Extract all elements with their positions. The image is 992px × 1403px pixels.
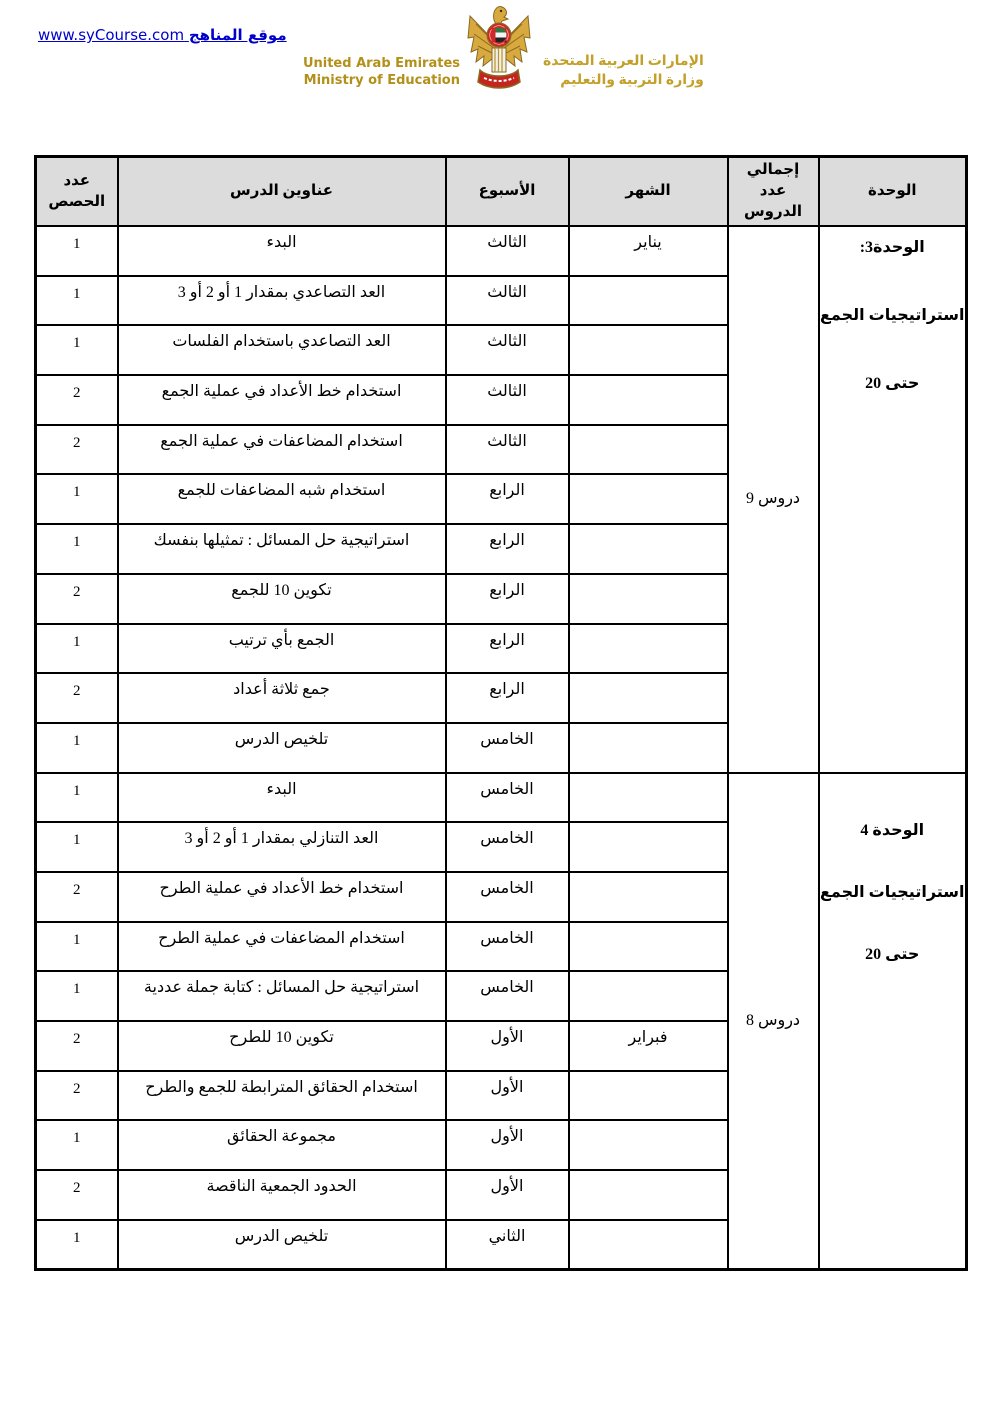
month-cell [569,1071,728,1121]
lesson-title-cell: العد التصاعدي بمقدار 1 أو 2 أو 3 [118,276,446,326]
unit-line: حتى 20 [865,373,919,395]
periods-count-cell: 2 [36,375,118,425]
periods-count-cell: 2 [36,1170,118,1220]
curriculum-plan-table: الوحدةإجمالي عدد الدروسالشهرالأسبوععناوي… [34,155,968,1271]
unit-line: الوحدة 4 [860,820,924,842]
lesson-title-cell: استخدام خط الأعداد في عملية الجمع [118,375,446,425]
week-cell: الثالث [446,325,569,375]
week-cell: الخامس [446,922,569,972]
lesson-title-cell: استخدام المضاعفات في عملية الجمع [118,425,446,475]
column-header-4: عناوين الدرس [118,157,446,227]
page: www.syCourse.com موقع المناهج [0,0,992,1403]
week-cell: الخامس [446,971,569,1021]
periods-count-cell: 1 [36,226,118,276]
week-cell: الرابع [446,524,569,574]
unit-cell: الوحدة 4استراتيجيات الجمعحتى 20 [819,773,967,1270]
month-cell [569,276,728,326]
total-lessons-cell: 9 دروس [728,226,819,773]
week-cell: الرابع [446,474,569,524]
week-cell: الخامس [446,872,569,922]
table-body: الوحدة3:استراتيجيات الجمعحتى 209 دروسينا… [36,226,967,1269]
periods-count-cell: 1 [36,624,118,674]
lesson-row: الوحدة 4استراتيجيات الجمعحتى 208 دروسالخ… [36,773,967,823]
periods-count-cell: 1 [36,922,118,972]
unit-text: الوحدة3:استراتيجيات الجمعحتى 20 [823,227,963,395]
periods-count-cell: 2 [36,872,118,922]
week-cell: الأول [446,1021,569,1071]
lesson-title-cell: العد التنازلي بمقدار 1 أو 2 أو 3 [118,822,446,872]
periods-count-cell: 2 [36,673,118,723]
site-link-url: www.syCourse.com [38,26,184,44]
lesson-title-cell: الجمع بأي ترتيب [118,624,446,674]
ministry-name-arabic: الإمارات العربية المتحدة وزارة التربية و… [543,52,704,90]
lesson-title-cell: جمع ثلاثة أعداد [118,673,446,723]
periods-count-cell: 1 [36,822,118,872]
month-cell [569,375,728,425]
week-cell: الرابع [446,673,569,723]
week-cell: الثاني [446,1220,569,1270]
periods-count-cell: 1 [36,276,118,326]
month-cell [569,425,728,475]
week-cell: الرابع [446,574,569,624]
ministry-en-line1: United Arab Emirates [303,55,460,72]
lesson-title-cell: البدء [118,226,446,276]
ministry-ar-line1: الإمارات العربية المتحدة [543,52,704,71]
month-cell [569,624,728,674]
periods-count-cell: 1 [36,524,118,574]
ministry-ar-line2: وزارة التربية والتعليم [543,71,704,90]
periods-count-cell: 1 [36,773,118,823]
week-cell: الخامس [446,773,569,823]
month-cell: فبراير [569,1021,728,1071]
month-cell [569,922,728,972]
unit-line: استراتيجيات الجمع [820,882,965,904]
week-cell: الأول [446,1071,569,1121]
periods-count-cell: 2 [36,574,118,624]
week-cell: الثالث [446,276,569,326]
site-link-label: موقع المناهج [189,26,287,44]
month-cell [569,773,728,823]
lesson-title-cell: استخدام خط الأعداد في عملية الطرح [118,872,446,922]
week-cell: الثالث [446,375,569,425]
periods-count-cell: 1 [36,1220,118,1270]
month-cell [569,673,728,723]
lesson-title-cell: استراتيجية حل المسائل : تمثيلها بنفسك [118,524,446,574]
periods-count-cell: 2 [36,1071,118,1121]
month-cell [569,524,728,574]
lesson-title-cell: تكوين 10 للطرح [118,1021,446,1071]
column-header-0: الوحدة [819,157,967,227]
month-cell [569,1120,728,1170]
lesson-title-cell: مجموعة الحقائق [118,1120,446,1170]
periods-count-cell: 1 [36,971,118,1021]
unit-line: استراتيجيات الجمع [820,305,965,327]
column-header-5: عدد الحصص [36,157,118,227]
month-cell [569,474,728,524]
lesson-title-cell: تلخيص الدرس [118,1220,446,1270]
week-cell: الثالث [446,425,569,475]
month-cell [569,1220,728,1270]
month-cell [569,872,728,922]
lesson-title-cell: الحدود الجمعية الناقصة [118,1170,446,1220]
lesson-title-cell: استخدام الحقائق المترابطة للجمع والطرح [118,1071,446,1121]
unit-line: حتى 20 [865,944,919,966]
uae-falcon-emblem-icon [466,4,532,96]
lesson-title-cell: البدء [118,773,446,823]
month-cell [569,574,728,624]
periods-count-cell: 1 [36,723,118,773]
periods-count-cell: 1 [36,474,118,524]
lesson-title-cell: استخدام المضاعفات في عملية الطرح [118,922,446,972]
unit-line: الوحدة3: [860,237,925,259]
week-cell: الخامس [446,723,569,773]
week-cell: الأول [446,1170,569,1220]
lesson-title-cell: استخدام شبه المضاعفات للجمع [118,474,446,524]
column-header-2: الشهر [569,157,728,227]
column-header-1: إجمالي عدد الدروس [728,157,819,227]
lesson-title-cell: تلخيص الدرس [118,723,446,773]
column-header-3: الأسبوع [446,157,569,227]
periods-count-cell: 2 [36,425,118,475]
site-link[interactable]: www.syCourse.com موقع المناهج [38,26,287,44]
month-cell [569,822,728,872]
month-cell [569,723,728,773]
ministry-en-line2: Ministry of Education [303,72,460,89]
week-cell: الخامس [446,822,569,872]
table-header-row: الوحدةإجمالي عدد الدروسالشهرالأسبوععناوي… [36,157,967,227]
month-cell [569,971,728,1021]
total-lessons-cell: 8 دروس [728,773,819,1270]
lesson-title-cell: العد التصاعدي باستخدام الفلسات [118,325,446,375]
periods-count-cell: 1 [36,325,118,375]
week-cell: الرابع [446,624,569,674]
lesson-row: الوحدة3:استراتيجيات الجمعحتى 209 دروسينا… [36,226,967,276]
week-cell: الأول [446,1120,569,1170]
week-cell: الثالث [446,226,569,276]
periods-count-cell: 1 [36,1120,118,1170]
month-cell: يناير [569,226,728,276]
lesson-title-cell: استراتيجية حل المسائل : كتابة جملة عددية [118,971,446,1021]
periods-count-cell: 2 [36,1021,118,1071]
unit-text: الوحدة 4استراتيجيات الجمعحتى 20 [823,774,963,966]
ministry-name-english: United Arab Emirates Ministry of Educati… [303,55,460,89]
lesson-title-cell: تكوين 10 للجمع [118,574,446,624]
month-cell [569,1170,728,1220]
unit-cell: الوحدة3:استراتيجيات الجمعحتى 20 [819,226,967,773]
month-cell [569,325,728,375]
